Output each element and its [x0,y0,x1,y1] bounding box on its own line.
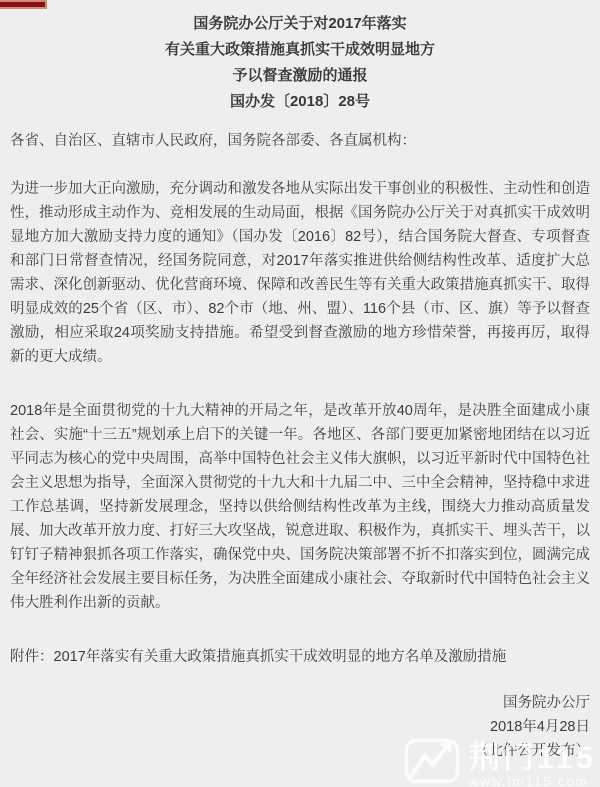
paragraph-2: 2018年是全面贯彻党的十九大精神的开局之年，是改革开放40周年，是决胜全面建成… [10,399,590,615]
signature-issuer: 国务院办公厅 [10,691,590,715]
paragraph-1: 为进一步加大正向激励，充分调动和激发各地从实际出发干事创业的积极性、主动性和创造… [10,177,590,369]
signature-date: 2018年4月28日 [10,715,590,739]
title-line-2: 有关重大政策措施真抓实干成效明显地方 [10,37,590,63]
document-title: 国务院办公厅关于对2017年落实 有关重大政策措施真抓实干成效明显地方 予以督查… [10,11,590,115]
title-line-1: 国务院办公厅关于对2017年落实 [10,11,590,37]
salutation-line: 各省、自治区、直辖市人民政府，国务院各部委、各直属机构： [10,129,590,153]
document-page: 国务院办公厅关于对2017年落实 有关重大政策措施真抓实干成效明显地方 予以督查… [0,0,600,763]
top-accent-bar [0,0,47,9]
signature-note: （此件公开发布） [10,739,590,763]
signature-block: 国务院办公厅 2018年4月28日 （此件公开发布） [10,691,590,763]
watermark-site-url: www.jm115.com [469,774,589,787]
document-number: 国办发〔2018〕28号 [10,89,590,115]
title-line-3: 予以督查激励的通报 [10,63,590,89]
attachment-line: 附件：2017年落实有关重大政策措施真抓实干成效明显的地方名单及激励措施 [10,645,590,669]
